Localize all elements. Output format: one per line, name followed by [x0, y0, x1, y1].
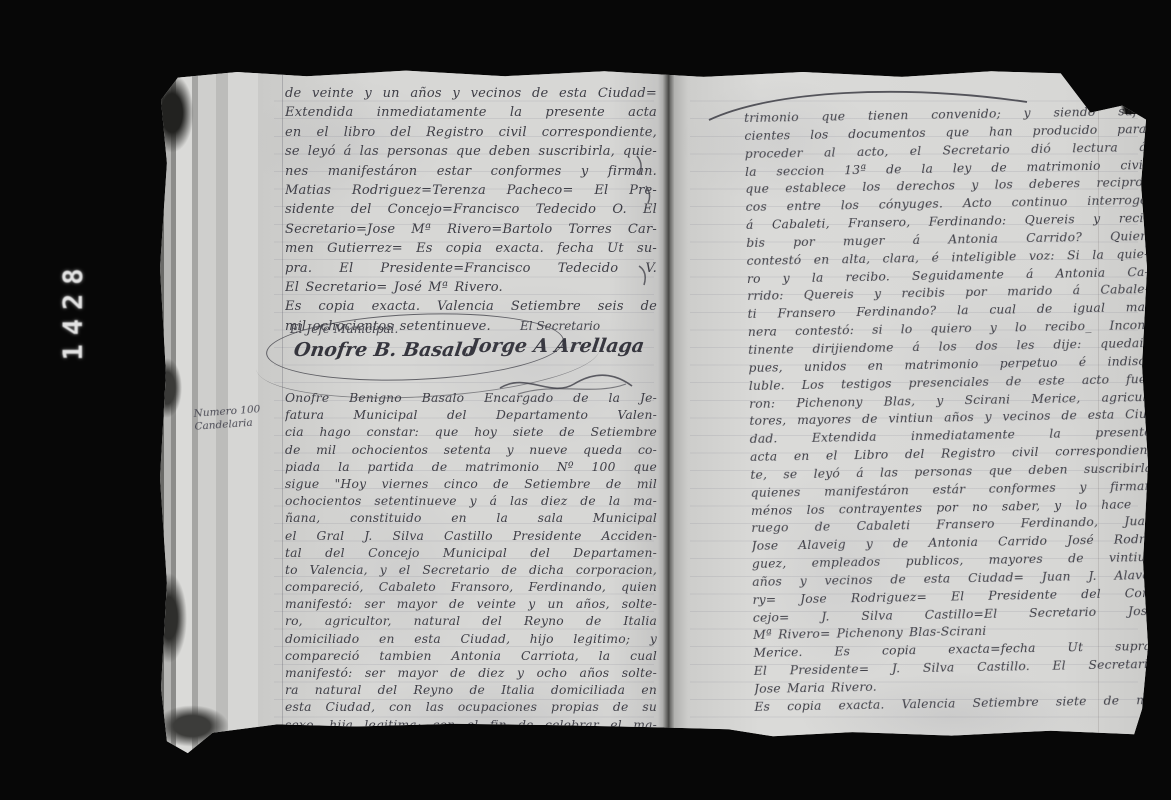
signature-secretario: Jorge A Arellaga: [468, 335, 645, 357]
manuscript-line: se leyó á las personas que deben suscrib…: [285, 142, 657, 161]
official-title-jefe: El Jefe Municipal.: [290, 322, 398, 336]
manuscript-line: de mil ochocientos setenta y nueve queda…: [285, 442, 657, 459]
left-page-text: de veinte y un años y vecinos de esta Ci…: [285, 84, 657, 340]
manuscript-line: esta Ciudad, con las ocupaciones propias…: [285, 699, 657, 716]
manuscript-line: Extendida inmediatamente la presente act…: [285, 103, 657, 122]
left-page: de veinte y un años y vecinos de esta Ci…: [258, 58, 666, 758]
official-title-secretario: El Secretario: [520, 319, 600, 333]
manuscript-line: pra. El Presidente=Francisco Tedecido V.: [285, 259, 657, 278]
manuscript-line: cia hago constar: que hoy siete de Setie…: [285, 424, 657, 441]
register-book: de veinte y un años y vecinos de esta Ci…: [158, 58, 1150, 758]
manuscript-line: men Gutierrez= Es copia exacta. fecha Ut…: [285, 239, 657, 258]
manuscript-line: ochocientos setentinueve y á las diez de…: [285, 493, 657, 510]
microfilm-scan: 1428 de veinte y un años y vecinos de es…: [0, 0, 1171, 800]
film-frame-number: 1428: [58, 244, 102, 376]
manuscript-line: nes manifestáron estar conformes y firma…: [285, 162, 657, 181]
manuscript-line: el Gral J. Silva Castillo Presidente Acc…: [285, 528, 657, 545]
left-page-certificate-text: Onofre Benigno Basalo Encargado de la Je…: [285, 390, 657, 738]
manuscript-line: Matias Rodriguez=Terenza Pacheco= El Pre…: [285, 181, 657, 200]
manuscript-line: sidente del Concejo=Francisco Tedecido O…: [285, 200, 657, 219]
torn-corner-shadow: [1058, 58, 1150, 114]
manuscript-line: ra natural del Reyno de Italia domicilia…: [285, 682, 657, 699]
ink-cross-mark: [576, 730, 592, 756]
manuscript-line: to Valencia, y el Secretario de dicha co…: [285, 562, 657, 579]
manuscript-line: domiciliado en esta Ciudad, hijo legitim…: [285, 631, 657, 648]
manuscript-line: ro, agricultor, natural del Reyno de Ita…: [285, 613, 657, 630]
manuscript-line: de veinte y un años y vecinos de esta Ci…: [285, 84, 657, 103]
page-number: 19: [1092, 74, 1121, 101]
manuscript-line: piada la partida de matrimonio Nº 100 qu…: [285, 459, 657, 476]
manuscript-line: El Secretario= José Mª Rivero.: [285, 278, 657, 297]
ink-marks: [628, 148, 658, 308]
manuscript-line: Secretario=Jose Mª Rivero=Bartolo Torres…: [285, 220, 657, 239]
right-page: 19 trimonio que tienen convenido; y sien…: [674, 58, 1150, 758]
manuscript-line: fatura Municipal del Departamento Valen-: [285, 407, 657, 424]
manuscript-line: manifestó: ser mayor de veinte y un años…: [285, 596, 657, 613]
right-page-text: trimonio que tienen convenido; y siendo …: [744, 103, 1157, 722]
manuscript-line: compareció tambien Antonia Carriota, la …: [285, 648, 657, 665]
manuscript-line: en el libro del Registro civil correspon…: [285, 123, 657, 142]
ink-flourish: [703, 82, 1033, 126]
signature-jefe-municipal: Onofre B. Basalo: [292, 339, 476, 361]
manuscript-line: sigue "Hoy viernes cinco de Setiembre de…: [285, 476, 657, 493]
manuscript-line: ñana, constituido en la sala Municipal: [285, 510, 657, 527]
manuscript-line: manifestó: ser mayor de diez y ocho años…: [285, 665, 657, 682]
manuscript-line: compareció, Cabaleto Fransoro, Ferdinand…: [285, 579, 657, 596]
manuscript-line: Onofre Benigno Basalo Encargado de la Je…: [285, 390, 657, 407]
manuscript-line: sexo, hija legitima; con el fin de celeb…: [285, 717, 657, 734]
manuscript-line: tal del Concejo Municipal del Departamen…: [285, 545, 657, 562]
